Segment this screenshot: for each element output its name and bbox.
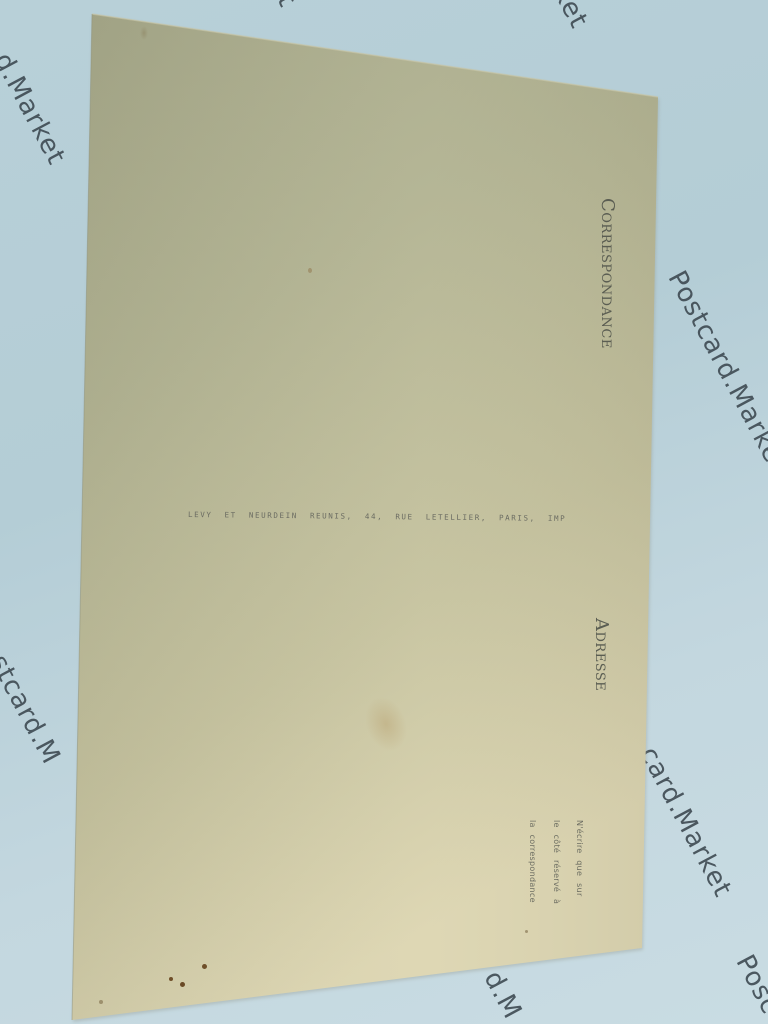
foxing-spot <box>99 1000 103 1004</box>
foxing-spot <box>202 964 207 969</box>
instruction-line: N'écrire que sur <box>575 820 584 897</box>
address-heading: Adresse <box>591 618 612 691</box>
foxing-spot <box>308 268 312 273</box>
foxing-spot <box>180 982 185 987</box>
foxing-spot <box>140 26 148 40</box>
instruction-line: la correspondance <box>528 820 537 903</box>
postcard-back-layout: Correspondance Adresse LEVY ET NEURDEIN … <box>0 0 768 1024</box>
postcard: Correspondance Adresse LEVY ET NEURDEIN … <box>0 0 768 1024</box>
photo-scene: ket arket d.Market Postcard.Market stcar… <box>0 0 768 1024</box>
stain <box>358 691 415 757</box>
printer-imprint: LEVY ET NEURDEIN REUNIS, 44, RUE LETELLI… <box>188 510 566 523</box>
foxing-spot <box>525 930 528 933</box>
correspondence-heading: Correspondance <box>597 198 618 349</box>
foxing-spot <box>169 977 173 981</box>
instruction-line: le côté réservé à <box>552 820 561 904</box>
